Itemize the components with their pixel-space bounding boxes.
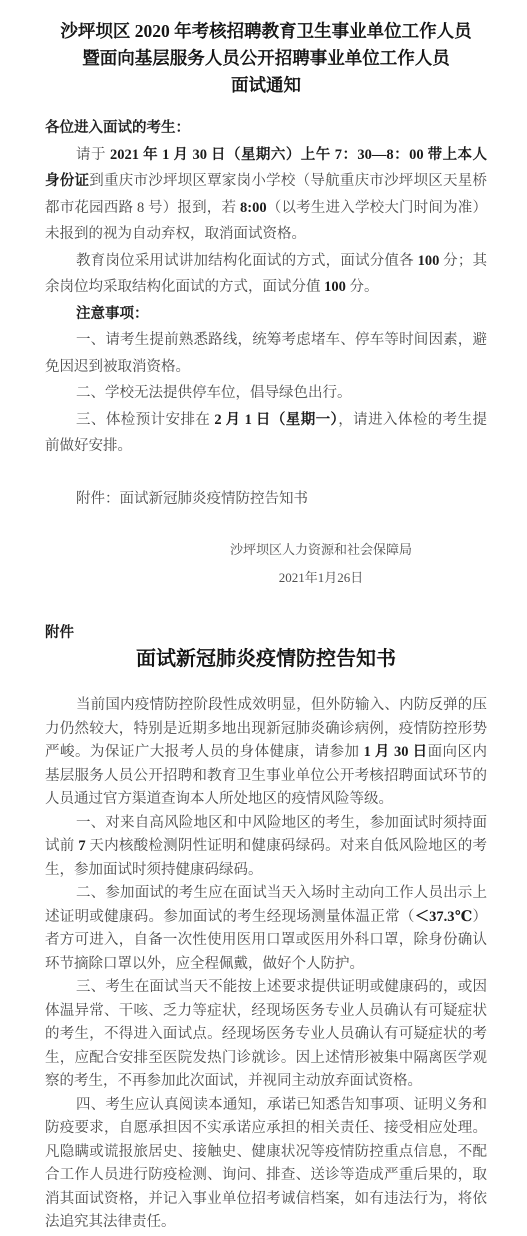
text-run: 教育岗位采用试讲加结构化面试的方式，面试分值各 xyxy=(76,253,418,269)
notice-notes-heading: 注意事项： xyxy=(45,301,487,328)
notice-item-3: 三、体检预计安排在 2 月 1 日（星期一），请进入体检的考生提前做好安排。 xyxy=(45,407,487,460)
bold-text-run: 7 xyxy=(78,838,85,854)
bold-text-run: ＜37.3℃ xyxy=(415,909,473,925)
bold-text-run: 1 月 30 日 xyxy=(364,744,428,760)
attachment-paragraph-2: 一、对来自高风险地区和中风险地区的考生，参加面试时须持面试前 7 天内核酸检测阴… xyxy=(45,812,487,883)
salutation: 各位进入面试的考生： xyxy=(45,115,487,142)
issuer-signature: 沙坪坝区人力资源和社会保障局 xyxy=(230,536,412,564)
bold-text-run: 100 xyxy=(324,279,346,295)
attachment-label: 附件 xyxy=(45,620,487,646)
attachment-paragraph-1: 当前国内疫情防控阶段性成效明显，但外防输入、内防反弹的压力仍然较大，特别是近期多… xyxy=(45,694,487,812)
bold-text-run: 2 月 1 日（星期一） xyxy=(214,412,338,428)
issue-date: 2021年1月26日 xyxy=(230,564,412,592)
text-run: 二、学校无法提供停车位，倡导绿色出行。 xyxy=(76,385,352,401)
text-run: 请于 xyxy=(76,147,110,163)
text-run: 分。 xyxy=(346,279,379,295)
notice-title: 沙坪坝区 2020 年考核招聘教育卫生事业单位工作人员 暨面向基层服务人员公开招… xyxy=(45,18,487,99)
attachment-paragraph-5: 四、考生应认真阅读本通知，承诺已知悉告知事项、证明义务和防疫要求，自愿承担因不实… xyxy=(45,1094,487,1235)
notice-paragraph-format: 教育岗位采用试讲加结构化面试的方式，面试分值各 100 分；其余岗位均采取结构化… xyxy=(45,248,487,301)
text-run: 天内核酸检测阴性证明和健康码绿码。对来自低风险地区的考生，参加面试时须持健康码绿… xyxy=(45,838,487,878)
text-run: 三、考生在面试当天不能按上述要求提供证明或健康码的，或因体温异常、干咳、乏力等症… xyxy=(45,979,487,1089)
bold-text-run: 注意事项： xyxy=(76,306,149,322)
bold-text-run: 100 xyxy=(418,253,440,269)
text-run: 四、考生应认真阅读本通知，承诺已知悉告知事项、证明义务和防疫要求，自愿承担因不实… xyxy=(45,1097,487,1231)
notice-title-line-3: 面试通知 xyxy=(45,72,487,99)
attachment-paragraph-3: 二、参加面试的考生应在面试当天入场时主动向工作人员出示上述证明或健康码。参加面试… xyxy=(45,882,487,976)
notice-item-2: 二、学校无法提供停车位，倡导绿色出行。 xyxy=(45,380,487,407)
attachment-reference: 附件：面试新冠肺炎疫情防控告知书 xyxy=(45,486,487,513)
notice-paragraph-checkin: 请于 2021 年 1 月 30 日（星期六）上午 7：30—8：00 带上本人… xyxy=(45,142,487,248)
notice-item-1: 一、请考生提前熟悉路线，统筹考虑堵车、停车等时间因素，避免因迟到被取消资格。 xyxy=(45,327,487,380)
notice-title-line-2: 暨面向基层服务人员公开招聘事业单位工作人员 xyxy=(45,45,487,72)
attachment-paragraph-4: 三、考生在面试当天不能按上述要求提供证明或健康码的，或因体温异常、干咳、乏力等症… xyxy=(45,976,487,1094)
text-run: 一、请考生提前熟悉路线，统筹考虑堵车、停车等时间因素，避免因迟到被取消资格。 xyxy=(45,332,487,375)
text-run: 附件：面试新冠肺炎疫情防控告知书 xyxy=(76,491,308,507)
interview-notice-document: 沙坪坝区 2020 年考核招聘教育卫生事业单位工作人员 暨面向基层服务人员公开招… xyxy=(0,0,527,1236)
notice-title-line-1: 沙坪坝区 2020 年考核招聘教育卫生事业单位工作人员 xyxy=(45,18,487,45)
signature-block: 沙坪坝区人力资源和社会保障局 2021年1月26日 xyxy=(230,536,412,592)
bold-text-run: 8:00 xyxy=(240,200,267,216)
attachment-title: 面试新冠肺炎疫情防控告知书 xyxy=(45,646,487,672)
text-run: 三、体检预计安排在 xyxy=(76,412,214,428)
